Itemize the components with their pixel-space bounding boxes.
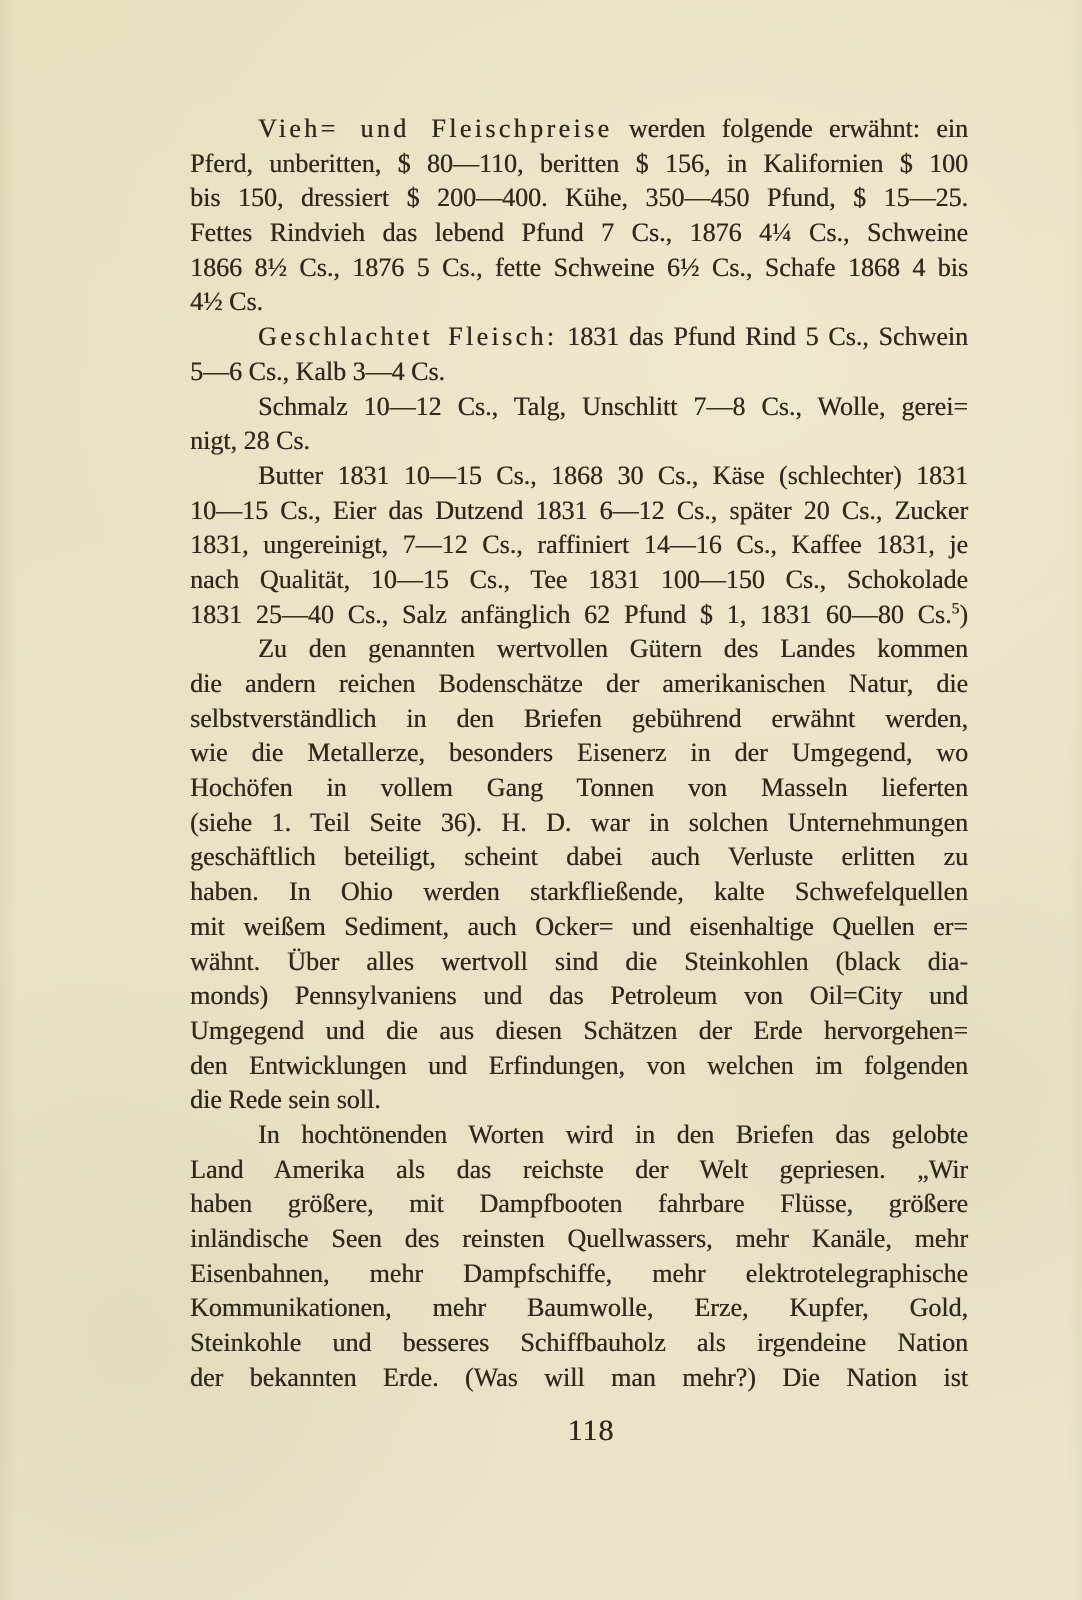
text-segment: Butter 1831 10—15 Cs., 1868 30 Cs., Käse… [258,461,968,490]
paragraph: Vieh= und Fleischpreise werden folgende … [190,112,968,320]
text-segment: wie die Metallerze, besonders Eisenerz i… [190,738,968,767]
text-segment: monds) Pennsylvaniens und das Petroleum … [190,981,968,1010]
text-line: der bekannten Erde. (Was will man mehr?)… [190,1361,968,1396]
text-line: 10—15 Cs., Eier das Dutzend 1831 6—12 Cs… [190,494,968,529]
text-line: 1866 8½ Cs., 1876 5 Cs., fette Schweine … [190,251,968,286]
paragraph: Geschlachtet Fleisch: 1831 das Pfund Rin… [190,320,968,389]
text-segment: die andern reichen Bodenschätze der amer… [190,669,968,698]
text-segment: (siehe 1. Teil Seite 36). H. D. war in s… [190,808,968,837]
emphasized-text-segment: Geschlachtet Fleisch: [258,322,557,351]
paragraph: Schmalz 10—12 Cs., Talg, Unschlitt 7—8 C… [190,390,968,459]
text-line: 1831, ungereinigt, 7—12 Cs., raffiniert … [190,528,968,563]
text-line: Eisenbahnen, mehr Dampfschiffe, mehr ele… [190,1257,968,1292]
text-segment: 1831 das Pfund Rind 5 Cs., Schwein [557,322,968,351]
text-line: In hochtönenden Worten wird in den Brief… [190,1118,968,1153]
text-segment: Umgegend und die aus diesen Schätzen der… [190,1016,968,1045]
text-segment: nigt, 28 Cs. [190,426,310,455]
text-line: die Rede sein soll. [190,1083,968,1118]
text-segment: selbstverständlich in den Briefen gebühr… [190,704,968,733]
paragraph: Butter 1831 10—15 Cs., 1868 30 Cs., Käse… [190,459,968,632]
text-line: Vieh= und Fleischpreise werden folgende … [190,112,968,147]
text-line: bis 150, dressiert $ 200—400. Kühe, 350—… [190,181,968,216]
text-line: Butter 1831 10—15 Cs., 1868 30 Cs., Käse… [190,459,968,494]
book-page: Vieh= und Fleischpreise werden folgende … [0,0,1082,1600]
text-line: geschäftlich beteiligt, scheint dabei au… [190,840,968,875]
text-segment: den Entwicklungen und Erfindungen, von w… [190,1051,968,1080]
text-segment: geschäftlich beteiligt, scheint dabei au… [190,842,968,871]
text-line: haben größere, mit Dampfbooten fahrbare … [190,1187,968,1222]
text-line: Kommunikationen, mehr Baumwolle, Erze, K… [190,1291,968,1326]
text-segment: der bekannten Erde. (Was will man mehr?)… [190,1363,968,1392]
text-line: mit weißem Sediment, auch Ocker= und eis… [190,910,968,945]
text-segment: 4½ Cs. [190,287,263,316]
text-line: Pferd, unberitten, $ 80—110, beritten $ … [190,147,968,182]
text-segment: mit weißem Sediment, auch Ocker= und eis… [190,912,968,941]
text-line: selbstverständlich in den Briefen gebühr… [190,702,968,737]
text-segment: Land Amerika als das reichste der Welt g… [190,1155,968,1184]
text-segment: Pferd, unberitten, $ 80—110, beritten $ … [190,149,968,178]
text-line: Land Amerika als das reichste der Welt g… [190,1153,968,1188]
text-block: Vieh= und Fleischpreise werden folgende … [190,112,968,1395]
text-line: 5—6 Cs., Kalb 3—4 Cs. [190,355,968,390]
text-segment: nach Qualität, 10—15 Cs., Tee 1831 100—1… [190,565,968,594]
text-line: wähnt. Über alles wertvoll sind die Stei… [190,945,968,980]
text-segment: werden folgende erwähnt: ein [612,114,968,143]
text-line: Steinkohle und besseres Schiffbauholz al… [190,1326,968,1361]
text-segment: In hochtönenden Worten wird in den Brief… [258,1120,968,1149]
text-segment: Fettes Rindvieh das lebend Pfund 7 Cs., … [190,218,968,247]
text-segment: Zu den genannten wertvollen Gütern des L… [258,634,968,663]
text-segment: Schmalz 10—12 Cs., Talg, Unschlitt 7—8 C… [258,392,968,421]
page-number: 118 [202,1414,980,1448]
text-line: Hochöfen in vollem Gang Tonnen von Masse… [190,771,968,806]
text-segment: 1831, ungereinigt, 7—12 Cs., raffiniert … [190,530,968,559]
text-line: wie die Metallerze, besonders Eisenerz i… [190,736,968,771]
text-segment: haben. In Ohio werden starkfließende, ka… [190,877,968,906]
text-segment: Hochöfen in vollem Gang Tonnen von Masse… [190,773,968,802]
text-line: Zu den genannten wertvollen Gütern des L… [190,632,968,667]
text-segment: 1866 8½ Cs., 1876 5 Cs., fette Schweine … [190,253,968,282]
text-segment: Steinkohle und besseres Schiffbauholz al… [190,1328,968,1357]
text-segment: ) [959,600,968,629]
text-line: nigt, 28 Cs. [190,424,968,459]
text-segment: 10—15 Cs., Eier das Dutzend 1831 6—12 Cs… [190,496,968,525]
text-line: 4½ Cs. [190,285,968,320]
text-line: die andern reichen Bodenschätze der amer… [190,667,968,702]
text-segment: bis 150, dressiert $ 200—400. Kühe, 350—… [190,183,968,212]
text-line: monds) Pennsylvaniens und das Petroleum … [190,979,968,1014]
text-line: 1831 25—40 Cs., Salz anfänglich 62 Pfund… [190,598,968,633]
text-line: haben. In Ohio werden starkfließende, ka… [190,875,968,910]
text-line: Umgegend und die aus diesen Schätzen der… [190,1014,968,1049]
text-segment: Eisenbahnen, mehr Dampfschiffe, mehr ele… [190,1259,968,1288]
text-segment: die Rede sein soll. [190,1085,381,1114]
text-segment: 1831 25—40 Cs., Salz anfänglich 62 Pfund… [190,600,952,629]
text-segment: wähnt. Über alles wertvoll sind die Stei… [190,947,968,976]
text-segment: inländische Seen des reinsten Quellwasse… [190,1224,968,1253]
text-line: nach Qualität, 10—15 Cs., Tee 1831 100—1… [190,563,968,598]
text-segment: Kommunikationen, mehr Baumwolle, Erze, K… [190,1293,968,1322]
emphasized-text-segment: Vieh= und Fleischpreise [258,114,612,143]
text-line: inländische Seen des reinsten Quellwasse… [190,1222,968,1257]
text-line: (siehe 1. Teil Seite 36). H. D. war in s… [190,806,968,841]
text-line: Schmalz 10—12 Cs., Talg, Unschlitt 7—8 C… [190,390,968,425]
text-line: den Entwicklungen und Erfindungen, von w… [190,1049,968,1084]
text-segment: 5—6 Cs., Kalb 3—4 Cs. [190,357,445,386]
text-segment: haben größere, mit Dampfbooten fahrbare … [190,1189,968,1218]
text-line: Fettes Rindvieh das lebend Pfund 7 Cs., … [190,216,968,251]
text-line: Geschlachtet Fleisch: 1831 das Pfund Rin… [190,320,968,355]
paragraph: Zu den genannten wertvollen Gütern des L… [190,632,968,1118]
paragraph: In hochtönenden Worten wird in den Brief… [190,1118,968,1396]
